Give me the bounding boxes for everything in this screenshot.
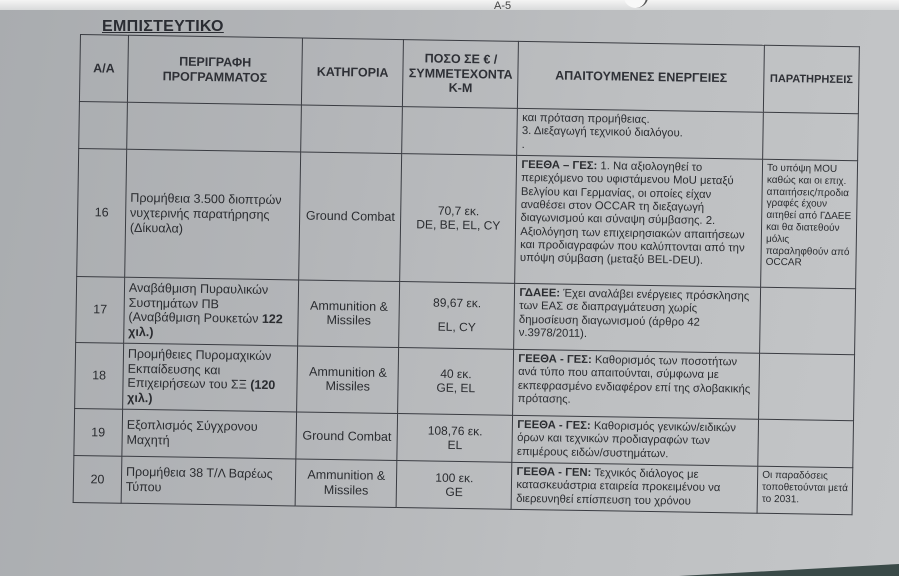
cell-remarks: Οι παραδόσεις τοποθετούνται μετά το 2031… <box>757 466 853 514</box>
description-text: Αναβάθμιση Πυραυλικών Συστημάτων ΠΒ (Ανα… <box>128 281 268 327</box>
document-table-wrapper: Α/Α ΠΕΡΙΓΡΑΦΗ ΠΡΟΓΡΑΜΜΑΤΟΣ ΚΑΤΗΓΟΡΙΑ ΠΟΣ… <box>73 34 860 515</box>
cell-actions: ΓΕΕΘΑ - ΓΕΝ: Τεχνικός διάλογος με κατασκ… <box>511 462 757 513</box>
cell-aa: 18 <box>75 342 124 409</box>
cell-aa <box>79 101 128 149</box>
description-text: Προμήθεια 3.500 διοπτρών νυχτερινής παρα… <box>130 191 282 235</box>
member-states: DE, BE, EL, CY <box>405 218 511 234</box>
cell-category: Ground Combat <box>296 412 398 461</box>
cell-actions: ΓΔΑΕΕ: Έχει αναλάβει ενέργειες πρόσκληση… <box>514 283 761 353</box>
cell-category: Ground Combat <box>299 152 402 282</box>
cell-remarks <box>758 419 854 467</box>
description-text: Εξοπλισμός Σύγχρονου Μαχητή <box>126 418 257 447</box>
description-text: Προμήθεια 38 Τ/Λ Βαρέως Τύπου <box>126 465 273 494</box>
header-actions: ΑΠΑΙΤΟΥΜΕΝΕΣ ΕΝΕΡΓΕΙΕΣ <box>518 41 765 112</box>
cell-aa: 20 <box>73 455 122 503</box>
actions-text: 1. Να αξιολογηθεί το περιεχόμενο του υφι… <box>520 160 745 267</box>
cell-amount: 70,7 εκ.DE, BE, EL, CY <box>400 154 517 284</box>
table-row: 17Αναβάθμιση Πυραυλικών Συστημάτων ΠΒ (Α… <box>76 276 856 354</box>
page-number: A-5 <box>494 0 511 12</box>
cell-actions: ΓΕΕΘΑ - ΓΕΣ: Καθορισμός των ποσοτήτων αν… <box>513 349 760 419</box>
photo-edge-shadow <box>679 564 899 576</box>
member-states: GE <box>401 484 507 500</box>
table-row: 18Προμήθειες Πυρομαχικών Εκπαίδευσης και… <box>75 342 855 420</box>
classification-heading: ΕΜΠΙΣΤΕΥΤΙΚΟ <box>102 18 224 36</box>
cell-description: Προμήθεια 38 Τ/Λ Βαρέως Τύπου <box>121 456 296 506</box>
actions-authority: ΓΔΑΕΕ: <box>519 287 560 300</box>
table-header-row: Α/Α ΠΕΡΙΓΡΑΦΗ ΠΡΟΓΡΑΜΜΑΤΟΣ ΚΑΤΗΓΟΡΙΑ ΠΟΣ… <box>79 35 859 114</box>
cell-actions: και πρόταση προμήθειας. 3. Διεξαγωγή τεχ… <box>517 108 763 159</box>
programs-table: Α/Α ΠΕΡΙΓΡΑΦΗ ΠΡΟΓΡΑΜΜΑΤΟΣ ΚΑΤΗΓΟΡΙΑ ΠΟΣ… <box>73 34 860 515</box>
cell-remarks <box>760 287 856 354</box>
member-states: EL <box>402 437 508 453</box>
cell-description: Προμήθειες Πυρομαχικών Εκπαίδευσης και Ε… <box>123 343 298 412</box>
cell-category: Ammunition & Missiles <box>298 280 400 348</box>
cell-amount: 89,67 εκ.EL, CY <box>399 282 515 350</box>
member-states: EL, CY <box>404 320 510 336</box>
cell-aa: 16 <box>77 148 127 277</box>
cell-aa: 19 <box>74 408 123 456</box>
table-row: 16Προμήθεια 3.500 διοπτρών νυχτερινής πα… <box>77 148 858 288</box>
cell-aa: 17 <box>76 276 125 343</box>
cell-category: Ammunition & Missiles <box>295 459 397 508</box>
cell-remarks: Το υπόψη MOU καθώς και οι επιχ. απαιτήσε… <box>761 159 858 288</box>
header-description: ΠΕΡΙΓΡΑΦΗ ΠΡΟΓΡΑΜΜΑΤΟΣ <box>127 35 302 105</box>
page-top-edge <box>0 0 899 10</box>
cell-amount <box>402 107 518 156</box>
actions-authority: ΓΕΕΘΑ - ΓΕΝ: <box>516 466 591 479</box>
cell-description: Εξοπλισμός Σύγχρονου Μαχητή <box>122 409 297 459</box>
member-states: GE, EL <box>403 381 509 397</box>
cell-category: Ammunition & Missiles <box>297 346 399 414</box>
cell-description <box>127 102 302 152</box>
cell-category <box>301 105 403 154</box>
cell-amount: 100 εκ.GE <box>396 461 512 510</box>
actions-authority: ΓΕΕΘΑ - ΓΕΣ: <box>517 419 591 432</box>
cell-actions: ΓΕΕΘΑ – ΓΕΣ: 1. Να αξιολογηθεί το περιεχ… <box>515 155 763 287</box>
cell-remarks <box>759 353 855 420</box>
header-category: ΚΑΤΗΓΟΡΙΑ <box>302 38 404 107</box>
cell-description: Αναβάθμιση Πυραυλικών Συστημάτων ΠΒ (Ανα… <box>124 277 299 346</box>
header-aa: Α/Α <box>79 35 128 103</box>
actions-authority: ΓΕΕΘΑ - ΓΕΣ: <box>518 353 592 366</box>
header-amount: ΠΟΣΟ ΣΕ € / ΣΥΜΜΕΤΕΧΟΝΤΑ Κ-Μ <box>403 40 519 109</box>
cell-actions: ΓΕΕΘΑ - ΓΕΣ: Καθορισμός γενικών/ειδικών … <box>512 415 758 466</box>
cell-remarks <box>763 112 859 160</box>
actions-authority: ΓΕΕΘΑ – ΓΕΣ: <box>521 159 597 172</box>
cell-amount: 108,76 εκ.EL <box>397 414 513 463</box>
cell-amount: 40 εκ.GE, EL <box>398 348 514 416</box>
header-remarks: ΠΑΡΑΤΗΡΗΣΕΙΣ <box>763 45 859 113</box>
cell-description: Προμήθεια 3.500 διοπτρών νυχτερινής παρα… <box>125 149 301 280</box>
